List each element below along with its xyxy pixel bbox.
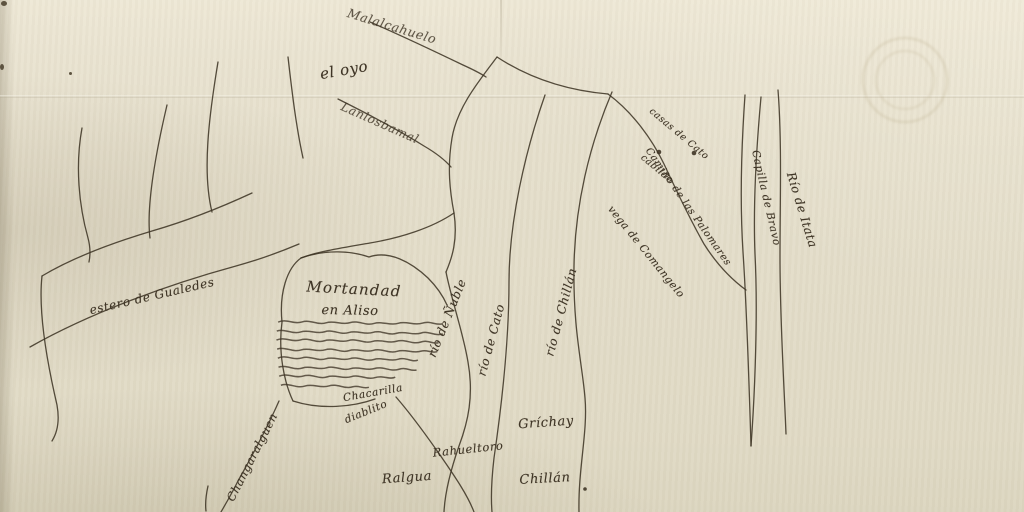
illegible-note-body	[275, 317, 443, 392]
manuscript-map: Malalcahuelo el oyo Lanlosbamal estero d…	[0, 0, 1024, 512]
cato-chillan-rivers	[491, 92, 612, 512]
map-label-chillan-town: Chillán	[519, 470, 571, 488]
nuble-river-system	[288, 22, 497, 512]
note-block-outline	[281, 252, 447, 407]
left-stream-system	[30, 62, 299, 441]
river-drawing	[0, 0, 1024, 512]
town-dot	[583, 487, 587, 491]
embossed-watermark	[863, 38, 947, 122]
note-subheading: en Aliso	[321, 303, 378, 319]
